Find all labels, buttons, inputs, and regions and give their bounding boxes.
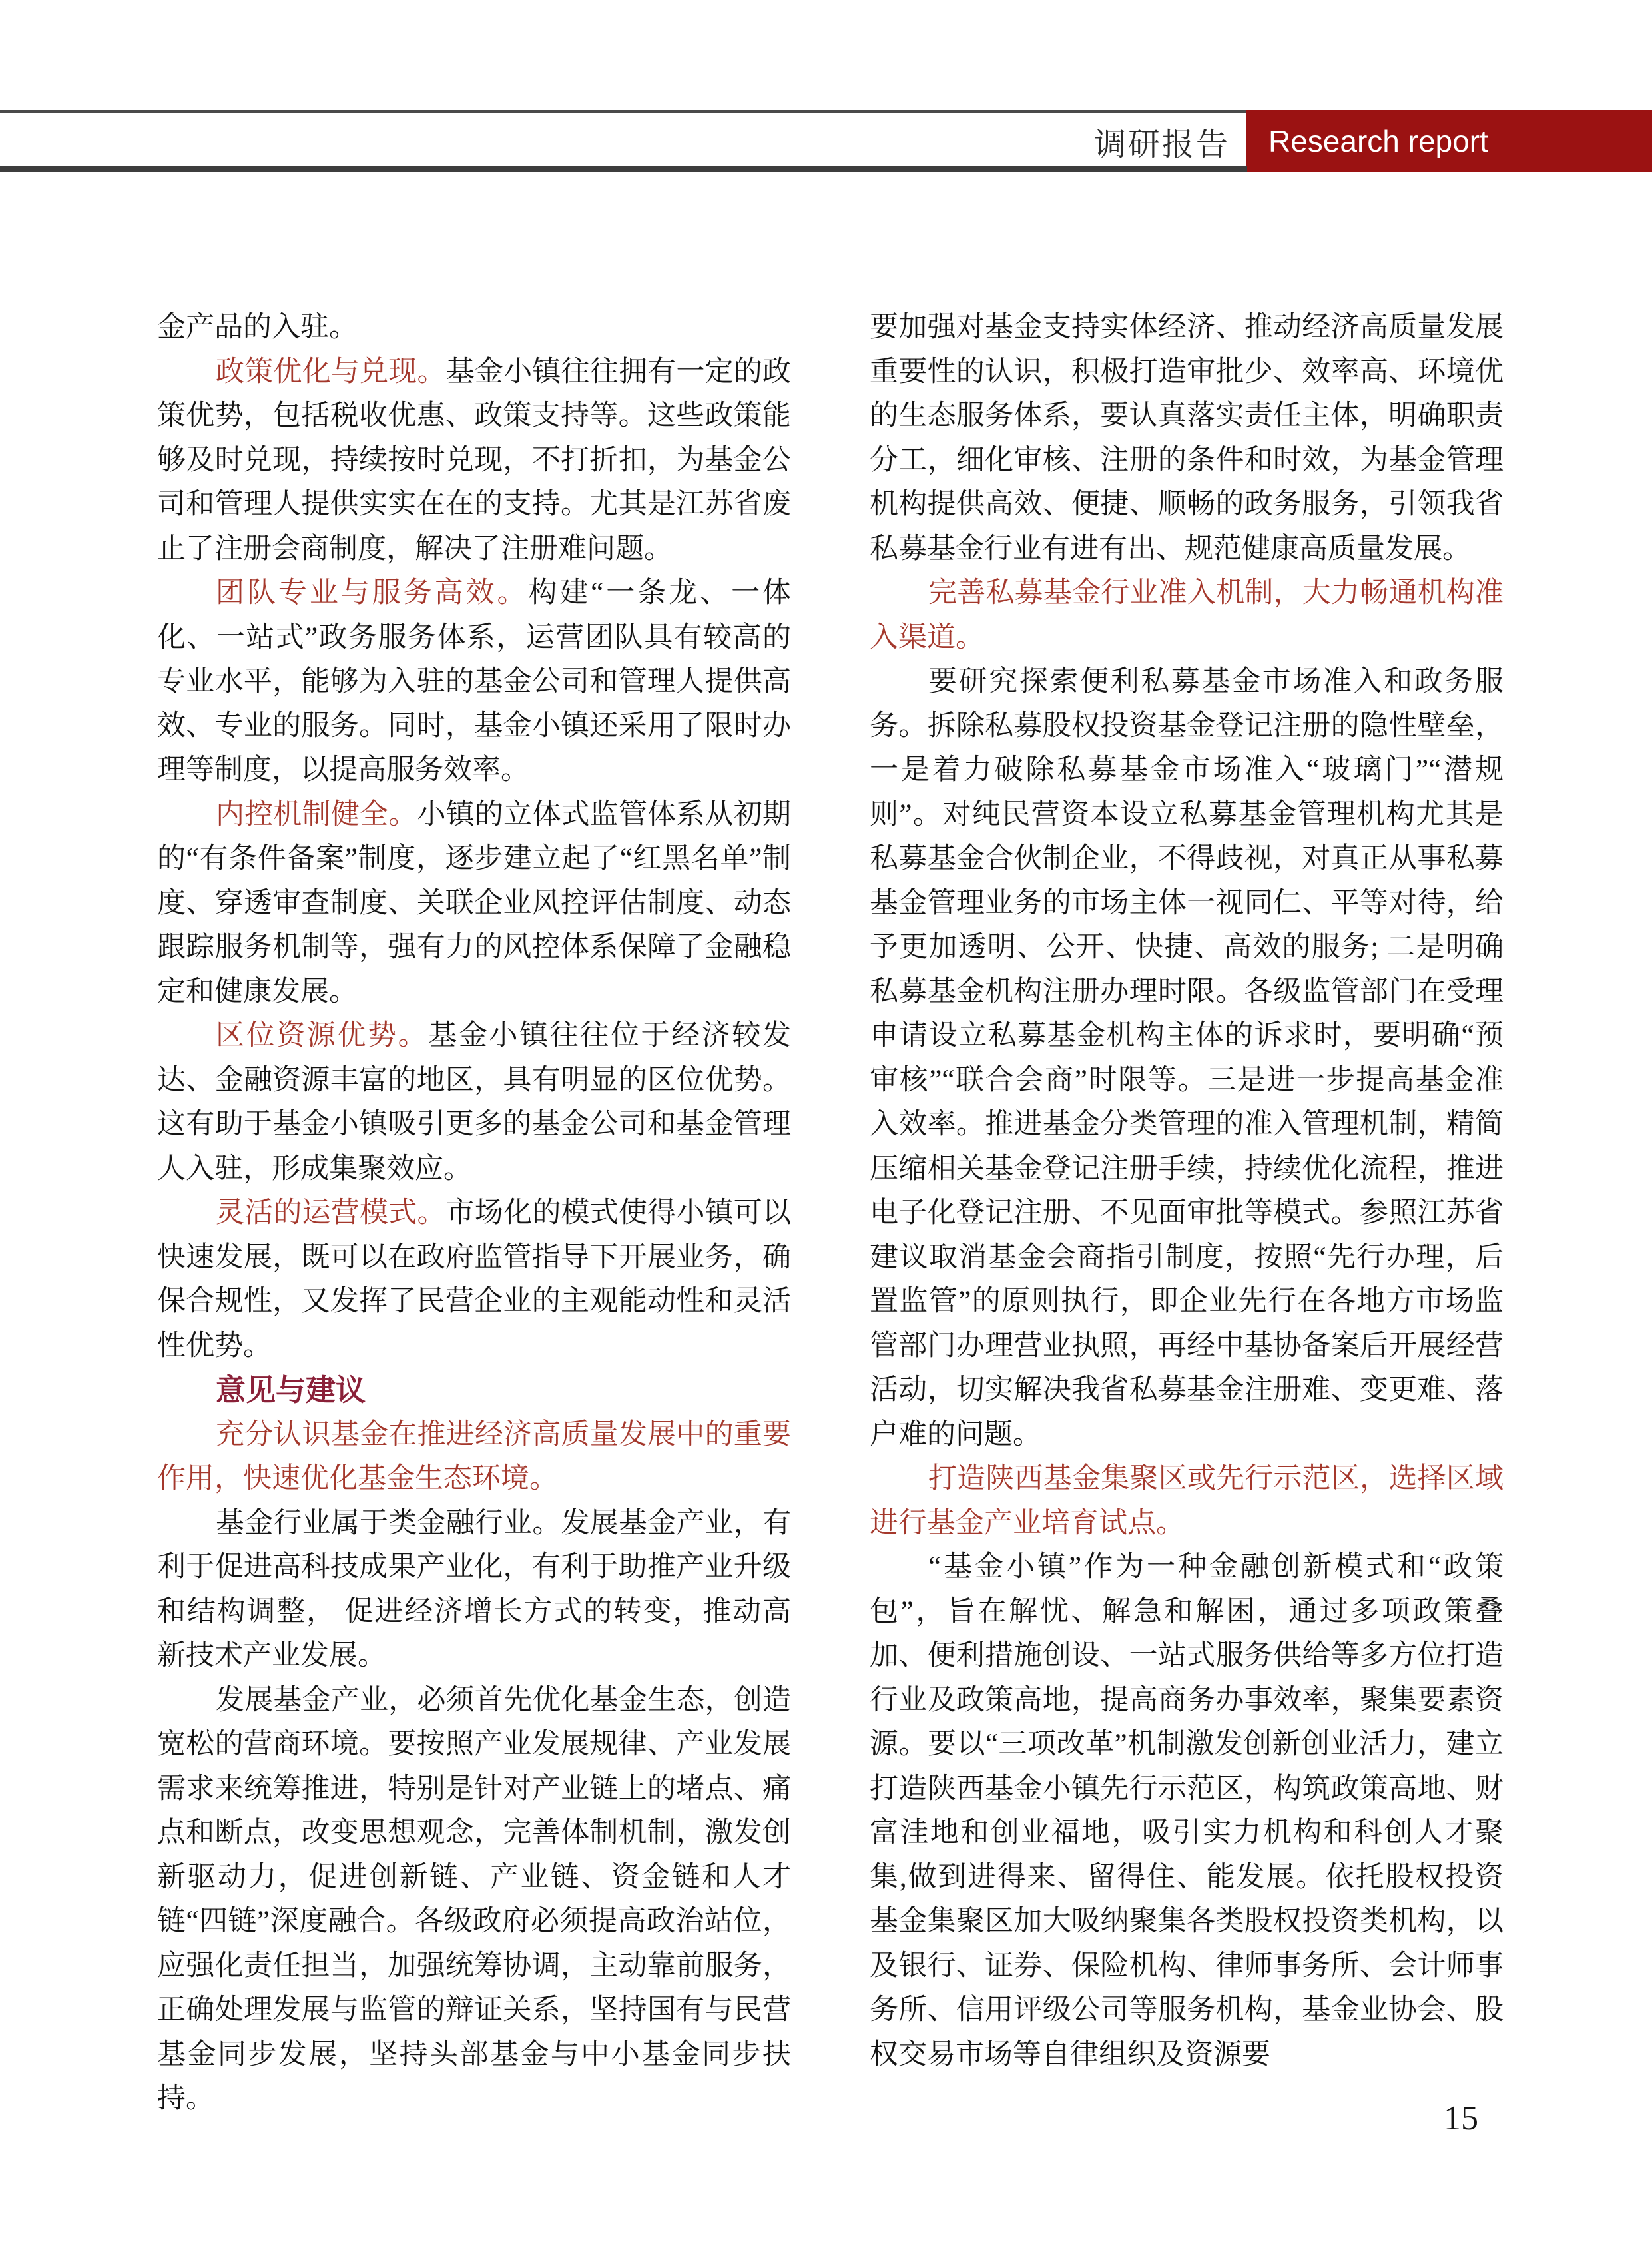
body-paragraph: 要研究探索便利私募基金市场准入和政务服务。拆除私募股权投资基金登记注册的隐性壁垒… — [870, 660, 1504, 1457]
subheading-paragraph: 充分认识基金在推进经济高质量发展中的重要作用，快速优化基金生态环境。 — [157, 1413, 791, 1502]
body-paragraph: 区位资源优势。基金小镇往往位于经济较发达、金融资源丰富的地区，具有明显的区位优势… — [157, 1014, 791, 1191]
right-column: 要加强对基金支持实体经济、推动经济高质量发展重要性的认识，积极打造审批少、效率高… — [870, 306, 1504, 2121]
paragraph-lead-emphasis: 团队专业与服务高效。 — [216, 577, 528, 609]
document-page: 调研报告 Research report 金产品的入驻。政策优化与兑现。基金小镇… — [0, 0, 1652, 2242]
body-paragraph: 金产品的入驻。 — [157, 306, 791, 350]
subheading-paragraph: 打造陕西基金集聚区或先行示范区，选择区域进行基金产业培育试点。 — [870, 1457, 1504, 1545]
section-heading: 意见与建议 — [157, 1368, 791, 1413]
section-title-zh: 调研报告 — [1094, 119, 1230, 164]
left-column: 金产品的入驻。政策优化与兑现。基金小镇往往拥有一定的政策优势，包括税收优惠、政策… — [157, 306, 791, 2121]
paragraph-lead-emphasis: 内控机制健全。 — [216, 799, 417, 830]
body-paragraph: 政策优化与兑现。基金小镇往往拥有一定的政策优势，包括税收优惠、政策支持等。这些政… — [157, 350, 791, 572]
paragraph-lead-emphasis: 政策优化与兑现。 — [216, 356, 446, 388]
header-rule-thick — [0, 166, 1247, 172]
article-content: 金产品的入驻。政策优化与兑现。基金小镇往往拥有一定的政策优势，包括税收优惠、政策… — [157, 306, 1504, 2121]
body-paragraph: 发展基金产业，必须首先优化基金生态，创造宽松的营商环境。要按照产业发展规律、产业… — [157, 1679, 791, 2121]
body-paragraph: 要加强对基金支持实体经济、推动经济高质量发展重要性的认识，积极打造审批少、效率高… — [870, 306, 1504, 571]
body-paragraph: “基金小镇”作为一种金融创新模式和“政策包”，旨在解忧、解急和解困，通过多项政策… — [870, 1545, 1504, 2077]
body-paragraph: 内控机制健全。小镇的立体式监管体系从初期的“有条件备案”制度，逐步建立起了“红黑… — [157, 793, 791, 1015]
header-rule-thin — [0, 110, 1247, 113]
paragraph-lead-emphasis: 灵活的运营模式。 — [216, 1197, 446, 1229]
section-title-en-box: Research report — [1246, 110, 1652, 172]
paragraph-lead-emphasis: 区位资源优势。 — [216, 1020, 428, 1051]
section-title-en: Research report — [1268, 123, 1488, 159]
body-paragraph: 灵活的运营模式。市场化的模式使得小镇可以快速发展，既可以在政府监管指导下开展业务… — [157, 1191, 791, 1368]
body-paragraph: 团队专业与服务高效。构建“一条龙、一体化、一站式”政务服务体系，运营团队具有较高… — [157, 571, 791, 793]
page-number: 15 — [1444, 2099, 1478, 2138]
subheading-paragraph: 完善私募基金行业准入机制，大力畅通机构准入渠道。 — [870, 571, 1504, 660]
body-paragraph: 基金行业属于类金融行业。发展基金产业，有利于促进高科技成果产业化，有利于助推产业… — [157, 1502, 791, 1679]
